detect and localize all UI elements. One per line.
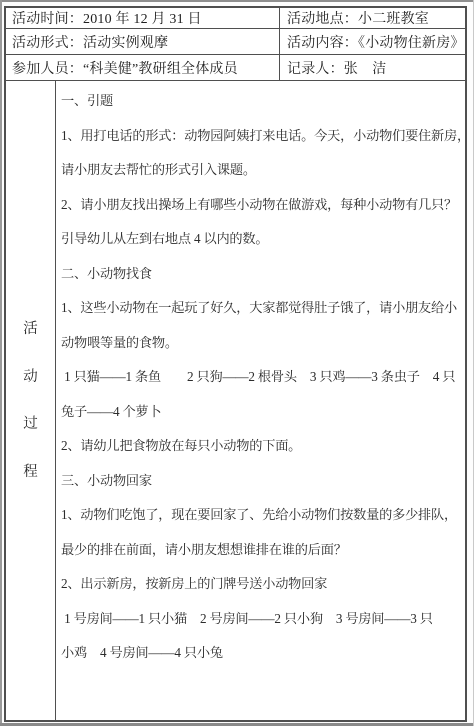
process-label-char: 动 xyxy=(23,370,38,385)
header-cell-activity-form: 活动形式：活动实例观摩 xyxy=(6,29,280,54)
process-label-column: 活 动 过 程 xyxy=(6,81,56,720)
header-cell-participants: 参加人员：“科美健”教研组全体成员 xyxy=(6,55,280,80)
header-row-participants-recorder: 参加人员：“科美健”教研组全体成员 记录人：张 洁 xyxy=(6,55,465,81)
process-line: 1、用打电话的形式：动物园阿姨打来电话。今天，小动物们要住新房， xyxy=(61,119,463,154)
scan-edge-left xyxy=(0,0,2,726)
process-line: 三、小动物回家 xyxy=(61,464,463,499)
process-label-char: 过 xyxy=(23,417,38,432)
scan-edge-top xyxy=(0,0,474,2)
process-line: 2、请小朋友找出操场上有哪些小动物在做游戏，每种小动物有几只？ xyxy=(61,188,463,223)
process-line: 2、出示新房，按新房上的门牌号送小动物回家 xyxy=(61,567,463,602)
process-label-char: 程 xyxy=(23,465,38,480)
process-line: 小鸡 4 号房间——4 只小兔 xyxy=(61,636,463,671)
process-line: 二、小动物找食 xyxy=(61,257,463,292)
process-line: 请小朋友去帮忙的形式引入课题。 xyxy=(61,153,463,188)
process-line: 最少的排在前面，请小朋友想想谁排在谁的后面？ xyxy=(61,533,463,568)
process-label-char: 活 xyxy=(23,322,38,337)
process-line: 1 号房间——1 只小猫 2 号房间——2 只小狗 3 号房间——3 只 xyxy=(61,602,463,637)
header-row-time-location: 活动时间：2010 年 12 月 31 日 活动地点：小二班教室 xyxy=(6,8,465,29)
process-line: 2、请幼儿把食物放在每只小动物的下面。 xyxy=(61,429,463,464)
process-line: 1、这些小动物在一起玩了好久，大家都觉得肚子饿了，请小朋友给小 xyxy=(61,291,463,326)
scanned-document-page: 活动时间：2010 年 12 月 31 日 活动地点：小二班教室 活动形式：活动… xyxy=(0,0,474,726)
process-line: 1 只猫——1 条鱼 2 只狗——2 根骨头 3 只鸡——3 条虫子 4 只 xyxy=(61,360,463,395)
header-cell-activity-location: 活动地点：小二班教室 xyxy=(280,8,465,28)
process-row: 活 动 过 程 一、引题 1、用打电话的形式：动物园阿姨打来电话。今天，小动物们… xyxy=(6,81,465,720)
header-cell-recorder: 记录人：张 洁 xyxy=(280,55,465,80)
process-line: 一、引题 xyxy=(61,84,463,119)
process-line: 1、动物们吃饱了，现在要回家了、先给小动物们按数量的多少排队， xyxy=(61,498,463,533)
header-cell-activity-content: 活动内容：《小动物住新房》 xyxy=(280,29,465,54)
process-line: 动物喂等量的食物。 xyxy=(61,326,463,361)
header-cell-activity-time: 活动时间：2010 年 12 月 31 日 xyxy=(6,8,280,28)
header-row-form-content: 活动形式：活动实例观摩 活动内容：《小动物住新房》 xyxy=(6,29,465,55)
process-line: 引导幼儿从左到右地点 4 以内的数。 xyxy=(61,222,463,257)
process-content: 一、引题 1、用打电话的形式：动物园阿姨打来电话。今天，小动物们要住新房， 请小… xyxy=(56,81,465,720)
activity-record-table: 活动时间：2010 年 12 月 31 日 活动地点：小二班教室 活动形式：活动… xyxy=(4,6,467,722)
process-line: 兔子——4 个萝卜 xyxy=(61,395,463,430)
